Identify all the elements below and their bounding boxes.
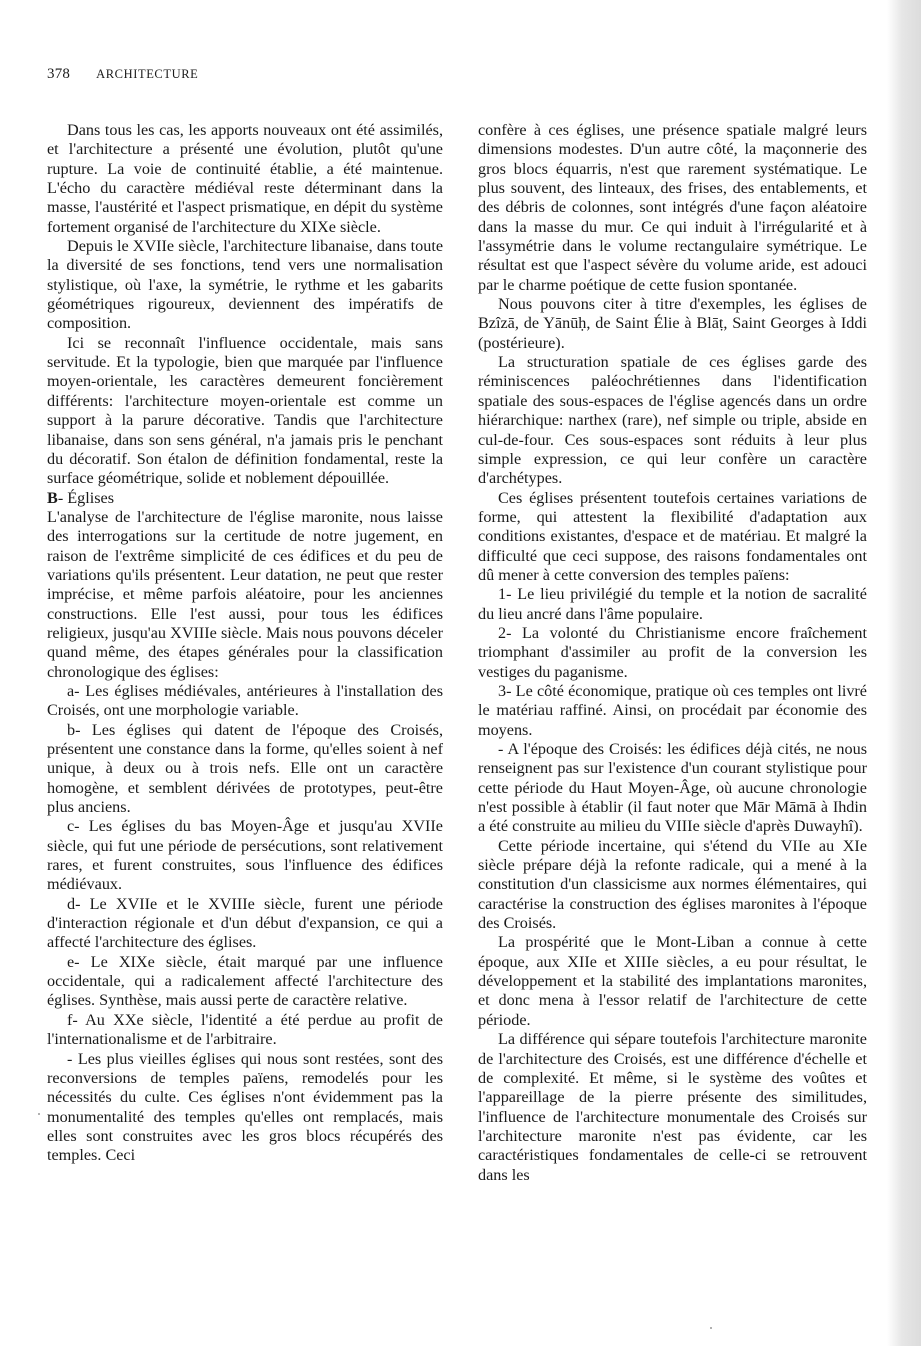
list-item: a- Les églises médiévales, antérieures à… — [47, 682, 443, 721]
scan-speck — [38, 1113, 40, 1115]
scan-speck — [710, 1327, 712, 1329]
paragraph: L'analyse de l'architecture de l'église … — [47, 508, 443, 682]
list-item: d- Le XVIIe et le XVIIIe siècle, furent … — [47, 895, 443, 953]
paragraph: Ces églises présentent toutefois certain… — [478, 489, 867, 586]
list-item: b- Les églises qui datent de l'époque de… — [47, 721, 443, 818]
paragraph: - A l'époque des Croisés: les édifices d… — [478, 740, 867, 837]
right-column: confère à ces églises, une présence spat… — [478, 121, 867, 1185]
paragraph: - Les plus vieilles églises qui nous son… — [47, 1050, 443, 1166]
paragraph: Cette période incertaine, qui s'étend du… — [478, 837, 867, 934]
paragraph: Dans tous les cas, les apports nouveaux … — [47, 121, 443, 237]
section-heading-text: - Églises — [58, 489, 114, 507]
running-head: 378 ARCHITECTURE — [47, 66, 198, 83]
section-heading: B- Églises — [47, 489, 443, 508]
section-title: ARCHITECTURE — [96, 67, 198, 81]
paragraph: Ici se reconnaît l'influence occidentale… — [47, 334, 443, 489]
left-column: Dans tous les cas, les apports nouveaux … — [47, 121, 443, 1166]
list-item: f- Au XXe siècle, l'identité a été perdu… — [47, 1011, 443, 1050]
list-item: 2- La volonté du Christianisme encore fr… — [478, 624, 867, 682]
paragraph: La structuration spatiale de ces églises… — [478, 353, 867, 488]
paragraph: La prospérité que le Mont-Liban a connue… — [478, 933, 867, 1030]
paragraph: Nous pouvons citer à titre d'exemples, l… — [478, 295, 867, 353]
list-item: e- Le XIXe siècle, était marqué par une … — [47, 953, 443, 1011]
list-item: 3- Le côté économique, pratique où ces t… — [478, 682, 867, 740]
list-item: c- Les églises du bas Moyen-Âge et jusqu… — [47, 817, 443, 894]
paragraph: Depuis le XVIIe siècle, l'architecture l… — [47, 237, 443, 334]
paragraph: La différence qui sépare toutefois l'arc… — [478, 1030, 867, 1185]
section-heading-letter: B — [47, 489, 58, 507]
page-edge-shadow — [887, 0, 921, 1346]
paragraph-continuation: confère à ces églises, une présence spat… — [478, 121, 867, 295]
list-item: 1- Le lieu privilégié du temple et la no… — [478, 585, 867, 624]
page-number: 378 — [47, 66, 70, 82]
